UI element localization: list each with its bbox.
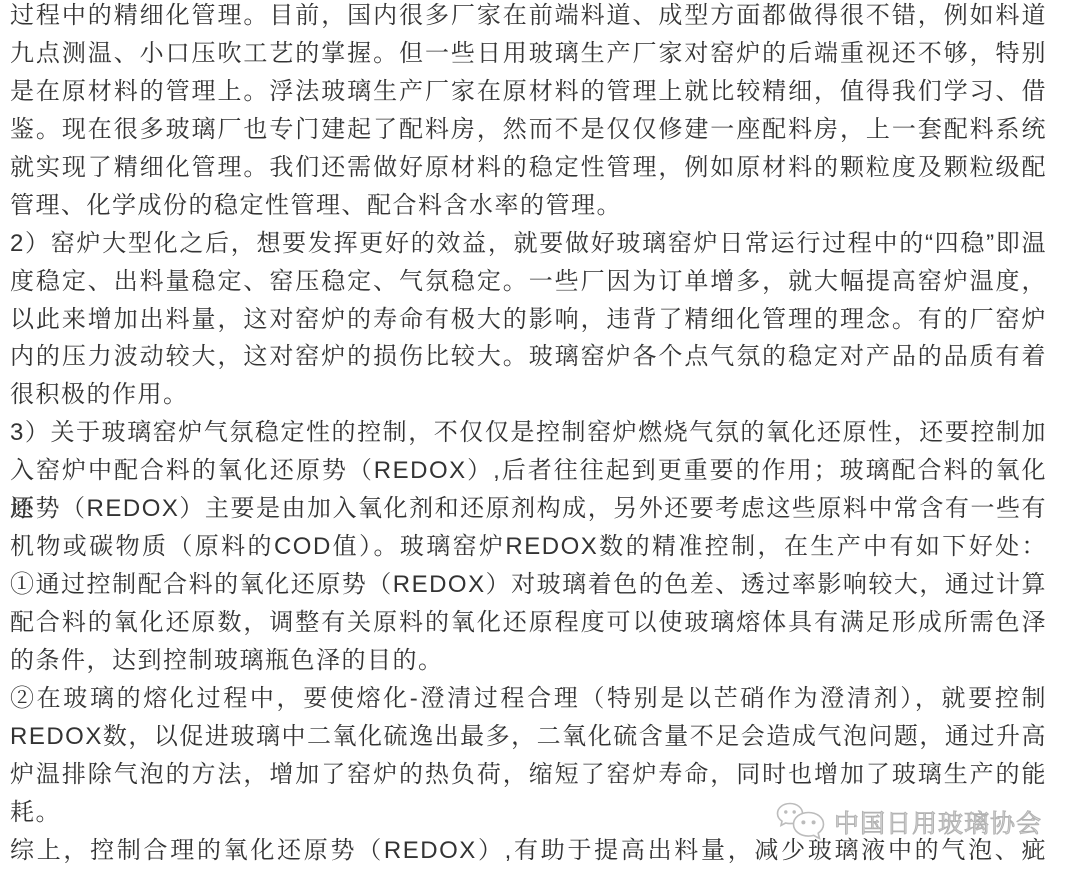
text-line: 过程中的精细化管理。目前，国内很多厂家在前端料道、成型方面都做得很不错，例如料道 [10,0,1047,35]
text-line: ②在玻璃的熔化过程中，要使熔化-澄清过程合理（特别是以芒硝作为澄清剂），就要控制 [10,680,1047,718]
text-line: 很积极的作用。 [10,376,1047,414]
text-line: 以此来增加出料量，这对窑炉的寿命有极大的影响，违背了精细化管理的理念。有的厂窑炉 [10,301,1047,339]
text-line: 就实现了精细化管理。我们还需做好原材料的稳定性管理，例如原材料的颗粒度及颗粒级配 [10,149,1047,187]
text-line: 的条件，达到控制玻璃瓶色泽的目的。 [10,642,1047,680]
text-line: 2）窑炉大型化之后，想要发挥更好的效益，就要做好玻璃窑炉日常运行过程中的“四稳”… [10,225,1047,263]
text-line: 九点测温、小口压吹工艺的掌握。但一些日用玻璃生产厂家对窑炉的后端重视还不够，特别 [10,35,1047,73]
text-line: 管理、化学成份的稳定性管理、配合料含水率的管理。 [10,187,1047,225]
text-line: REDOX数，以促进玻璃中二氧化硫逸出最多，二氧化硫含量不足会造成气泡问题，通过… [10,718,1047,756]
text-line: 是在原材料的管理上。浮法玻璃生产厂家在原材料的管理上就比较精细，值得我们学习、借 [10,73,1047,111]
text-line: 原势（REDOX）主要是由加入氧化剂和还原剂构成，另外还要考虑这些原料中常含有一… [10,490,1047,528]
text-line: 耗。 [10,794,1047,832]
text-line: 配合料的氧化还原数，调整有关原料的氧化还原程度可以使玻璃熔体具有满足形成所需色泽 [10,604,1047,642]
text-line: 机物或碳物质（原料的COD值）。玻璃窑炉REDOX数的精准控制，在生产中有如下好… [10,528,1047,566]
text-line: 入窑炉中配合料的氧化还原势（REDOX）,后者往往起到更重要的作用；玻璃配合料的… [10,452,1047,490]
text-line: 鉴。现在很多玻璃厂也专门建起了配料房，然而不是仅仅修建一座配料房，上一套配料系统 [10,111,1047,149]
text-line: 度稳定、出料量稳定、窑压稳定、气氛稳定。一些厂因为订单增多，就大幅提高窑炉温度， [10,263,1047,301]
text-line: 内的压力波动较大，这对窑炉的损伤比较大。玻璃窑炉各个点气氛的稳定对产品的品质有着 [10,338,1047,376]
text-line: ①通过控制配合料的氧化还原势（REDOX）对玻璃着色的色差、透过率影响较大，通过… [10,566,1047,604]
text-line: 3）关于玻璃窑炉气氛稳定性的控制，不仅仅是控制窑炉燃烧气氛的氧化还原性，还要控制… [10,414,1047,452]
text-line: 炉温排除气泡的方法，增加了窑炉的热负荷，缩短了窑炉寿命，同时也增加了玻璃生产的能 [10,756,1047,794]
text-line: 综上，控制合理的氧化还原势（REDOX）,有助于提高出料量，减少玻璃液中的气泡、… [10,832,1047,870]
article-body: 过程中的精细化管理。目前，国内很多厂家在前端料道、成型方面都做得很不错，例如料道… [10,0,1047,870]
